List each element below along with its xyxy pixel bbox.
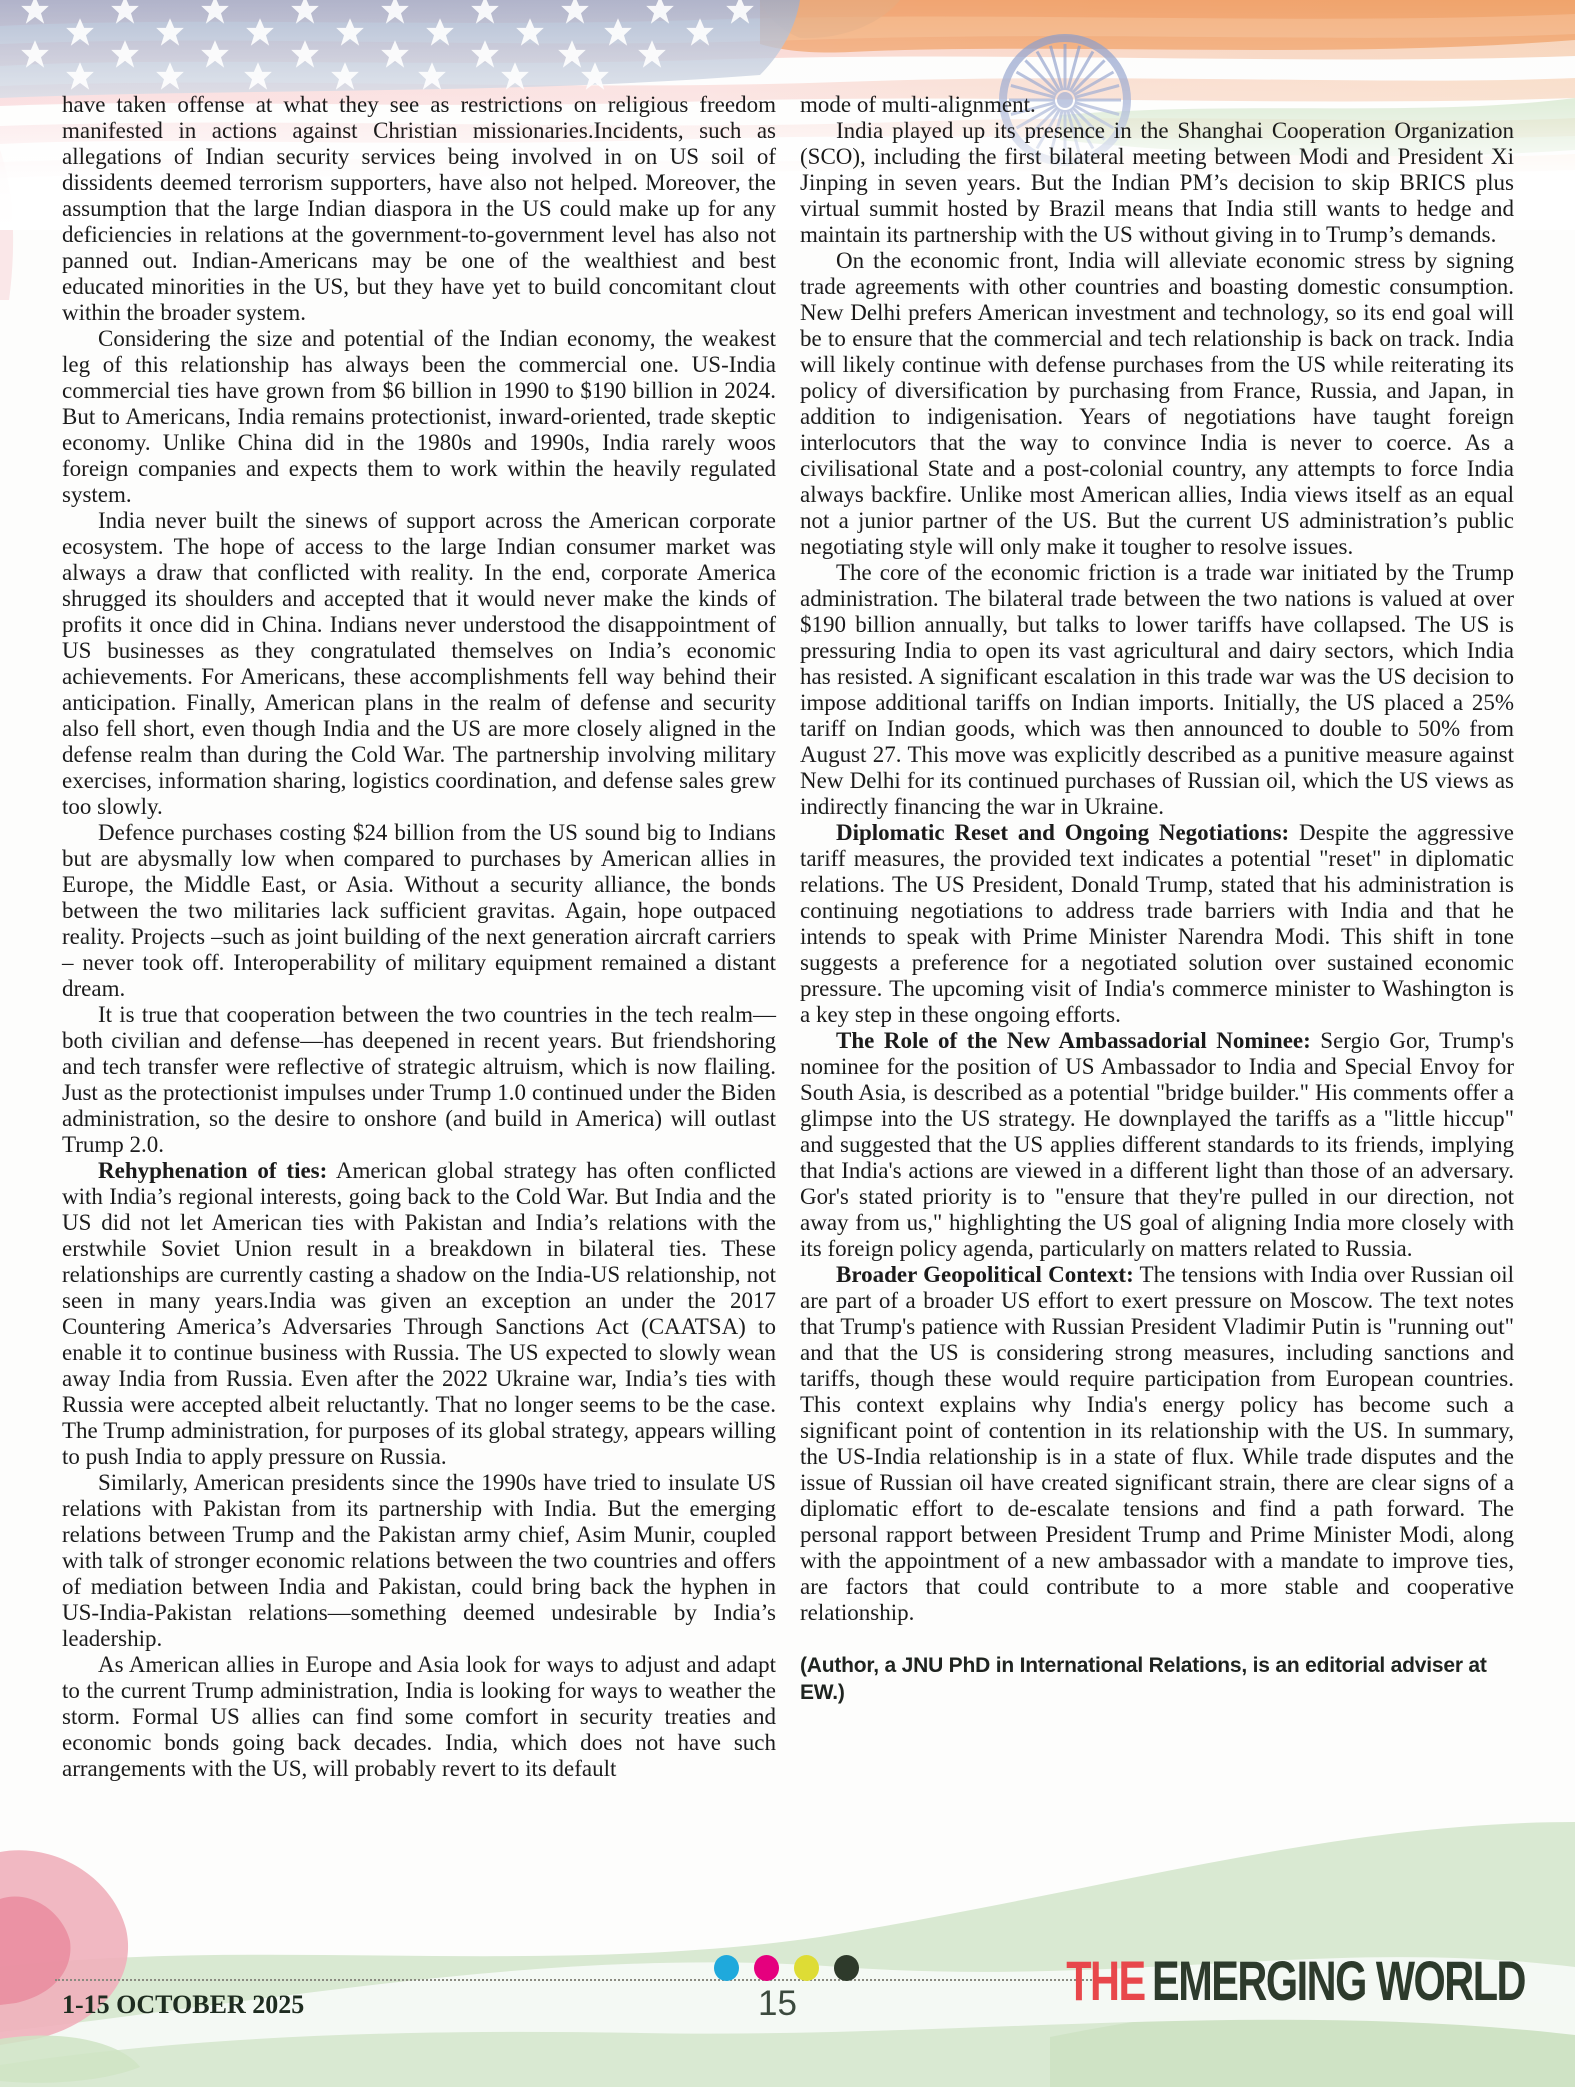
- article-paragraph: The Role of the New Ambassadorial Nomine…: [800, 1028, 1514, 1262]
- article-paragraph: Broader Geopolitical Context: The tensio…: [800, 1262, 1514, 1626]
- section-heading: Diplomatic Reset and Ongoing Negotiation…: [836, 820, 1289, 845]
- article-paragraph: Considering the size and potential of th…: [62, 326, 776, 508]
- yellow-dot-icon: [794, 1955, 819, 1981]
- sky-patch-decoration: [760, 0, 900, 38]
- right-column: mode of multi-alignment. India played up…: [800, 92, 1514, 1782]
- article-paragraph: As American allies in Europe and Asia lo…: [62, 1652, 776, 1782]
- article-paragraph: Similarly, American presidents since the…: [62, 1470, 776, 1652]
- issue-date: 1-15 OCTOBER 2025: [62, 1990, 304, 2020]
- section-heading: The Role of the New Ambassadorial Nomine…: [836, 1028, 1311, 1053]
- section-heading: Broader Geopolitical Context:: [836, 1262, 1134, 1287]
- cyan-dot-icon: [714, 1955, 739, 1981]
- india-saffron-band-decoration: [760, 0, 1575, 53]
- print-registration-dots: [714, 1955, 859, 1981]
- publication-logo: THEEMERGING WORLD: [1066, 1948, 1525, 2013]
- flag-stars-decoration: [21, 0, 754, 90]
- logo-the: THE: [1066, 1948, 1144, 2013]
- article-paragraph: The core of the economic friction is a t…: [800, 560, 1514, 820]
- magenta-dot-icon: [754, 1955, 779, 1981]
- article-paragraph: have taken offense at what they see as r…: [62, 92, 776, 326]
- article-paragraph: mode of multi-alignment.: [800, 92, 1514, 118]
- article-paragraph: On the economic front, India will allevi…: [800, 248, 1514, 560]
- footer-rule: [55, 1979, 1107, 1981]
- us-flag-canton-decoration: [0, 0, 800, 98]
- article-paragraph: India played up its presence in the Shan…: [800, 118, 1514, 248]
- magazine-page: have taken offense at what they see as r…: [0, 0, 1575, 2087]
- logo-emerging-world: EMERGING WORLD: [1152, 1948, 1525, 2013]
- article-body: have taken offense at what they see as r…: [62, 92, 1514, 1782]
- page-number: 15: [758, 1984, 797, 2024]
- author-note: (Author, a JNU PhD in International Rela…: [800, 1652, 1514, 1706]
- article-paragraph: Rehyphenation of ties: American global s…: [62, 1158, 776, 1470]
- article-paragraph: Diplomatic Reset and Ongoing Negotiation…: [800, 820, 1514, 1028]
- left-column: have taken offense at what they see as r…: [62, 92, 776, 1782]
- article-paragraph: It is true that cooperation between the …: [62, 1002, 776, 1158]
- article-paragraph: India never built the sinews of support …: [62, 508, 776, 820]
- black-dot-icon: [834, 1955, 859, 1981]
- section-heading: Rehyphenation of ties:: [98, 1158, 327, 1183]
- article-paragraph: Defence purchases costing $24 billion fr…: [62, 820, 776, 1002]
